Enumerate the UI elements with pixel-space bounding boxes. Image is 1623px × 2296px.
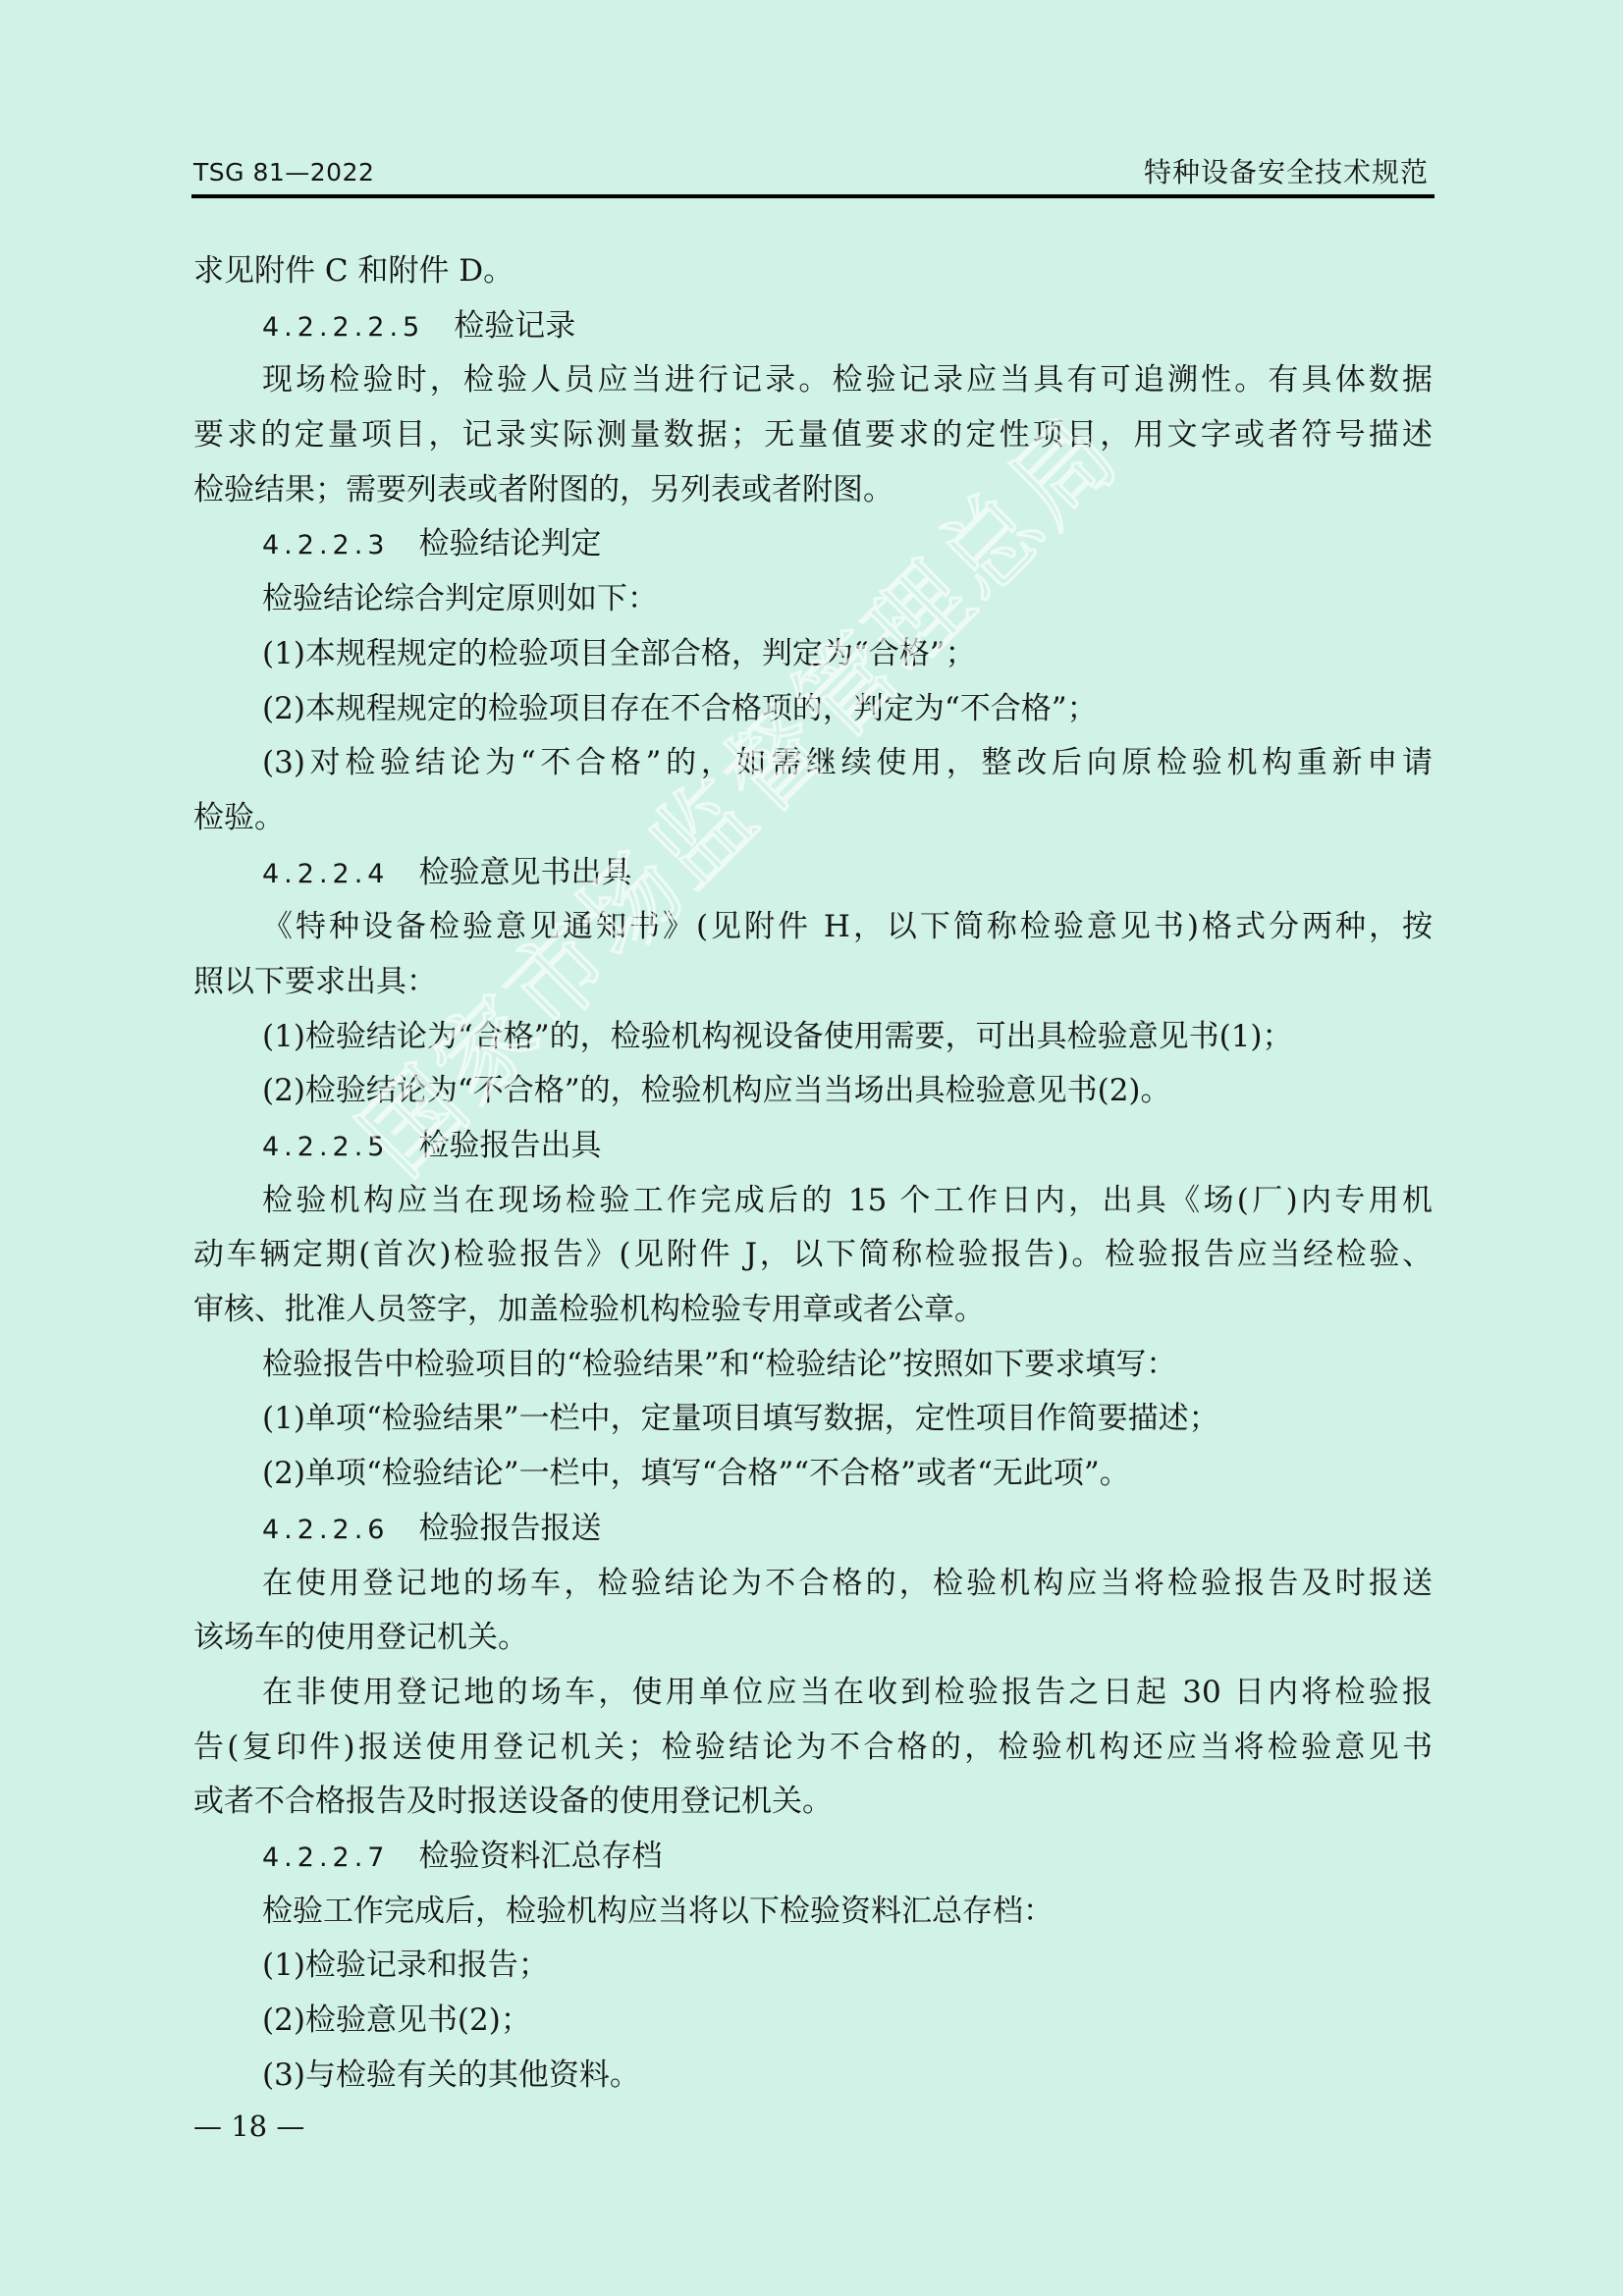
section-title: 检验记录	[454, 308, 575, 344]
section-number: 4.2.2.6	[262, 1515, 389, 1545]
section-number: 4.2.2.4	[262, 859, 389, 889]
section-title: 检验报告报送	[418, 1511, 601, 1546]
list-item: (2)检验结论为“不合格”的，检验机构应当当场出具检验意见书(2)。	[193, 1064, 1433, 1119]
section-title: 检验意见书出具	[418, 855, 631, 890]
document-series: 特种设备安全技术规范	[1144, 154, 1429, 191]
list-item: (3)与检验有关的其他资料。	[193, 2049, 1433, 2104]
list-item: (2)本规程规定的检验项目存在不合格项的，判定为“不合格”；	[193, 682, 1433, 737]
section-heading-4-2-2-6: 4.2.2.6检验报告报送	[193, 1502, 1433, 1557]
section-heading-4-2-2-3: 4.2.2.3检验结论判定	[193, 517, 1433, 572]
page-body: 求见附件 C 和附件 D。 4.2.2.2.5检验记录 现场检验时，检验人员应当…	[193, 244, 1433, 2103]
section-title: 检验资料汇总存档	[418, 1839, 662, 1874]
paragraph-line: 在使用登记地的场车，检验结论为不合格的，检验机构应当将检验报告及时报送	[193, 1557, 1433, 1612]
list-item: (1)检验结论为“合格”的，检验机构视设备使用需要，可出具检验意见书(1)；	[193, 1010, 1433, 1065]
paragraph-line: 动车辆定期(首次)检验报告》(见附件 J，以下简称检验报告)。检验报告应当经检验…	[193, 1228, 1433, 1283]
section-number: 4.2.2.3	[262, 530, 389, 561]
list-item: (1)单项“检验结果”一栏中，定量项目填写数据，定性项目作简要描述；	[193, 1392, 1433, 1447]
section-title: 检验报告出具	[418, 1128, 601, 1163]
paragraph-line: 审核、批准人员签字，加盖检验机构检验专用章或者公章。	[193, 1283, 1433, 1338]
list-item: (3)对检验结论为“不合格”的，如需继续使用，整改后向原检验机构重新申请	[193, 736, 1433, 791]
list-item: (1)检验记录和报告；	[193, 1939, 1433, 1994]
paragraph-line: 检验机构应当在现场检验工作完成后的 15 个工作日内，出具《场(厂)内专用机	[193, 1174, 1433, 1229]
paragraph-line: 在非使用登记地的场车，使用单位应当在收到检验报告之日起 30 日内将检验报	[193, 1666, 1433, 1721]
paragraph-line: 《特种设备检验意见通知书》(见附件 H，以下简称检验意见书)格式分两种，按	[193, 900, 1433, 955]
section-title: 检验结论判定	[418, 526, 601, 561]
section-number: 4.2.2.5	[262, 1132, 389, 1162]
list-item: (2)单项“检验结论”一栏中，填写“合格”“不合格”或者“无此项”。	[193, 1447, 1433, 1502]
paragraph-line: 检验工作完成后，检验机构应当将以下检验资料汇总存档：	[193, 1885, 1433, 1940]
paragraph-line: 该场车的使用登记机关。	[193, 1611, 1433, 1666]
paragraph-line: 现场检验时，检验人员应当进行记录。检验记录应当具有可追溯性。有具体数据	[193, 353, 1433, 408]
page-number: — 18 —	[193, 2107, 304, 2146]
standard-code: TSG 81—2022	[193, 155, 374, 190]
list-item: (2)检验意见书(2)；	[193, 1994, 1433, 2049]
section-heading-4-2-2-7: 4.2.2.7检验资料汇总存档	[193, 1830, 1433, 1885]
body-line: 求见附件 C 和附件 D。	[193, 244, 1433, 299]
paragraph-line: 检验结论综合判定原则如下：	[193, 572, 1433, 627]
section-heading-4-2-2-4: 4.2.2.4检验意见书出具	[193, 846, 1433, 901]
section-number: 4.2.2.2.5	[262, 312, 424, 343]
page-header: TSG 81—2022 特种设备安全技术规范	[191, 155, 1434, 198]
paragraph-line: 检验结果；需要列表或者附图的，另列表或者附图。	[193, 463, 1433, 518]
list-item: (1)本规程规定的检验项目全部合格，判定为“合格”；	[193, 627, 1433, 682]
section-heading-4-2-2-2-5: 4.2.2.2.5检验记录	[193, 299, 1433, 354]
section-heading-4-2-2-5: 4.2.2.5检验报告出具	[193, 1119, 1433, 1174]
list-item-cont: 检验。	[193, 791, 1433, 846]
paragraph-line: 要求的定量项目，记录实际测量数据；无量值要求的定性项目，用文字或者符号描述	[193, 408, 1433, 463]
section-number: 4.2.2.7	[262, 1842, 389, 1873]
paragraph-line: 检验报告中检验项目的“检验结果”和“检验结论”按照如下要求填写：	[193, 1338, 1433, 1393]
paragraph-line: 告(复印件)报送使用登记机关；检验结论为不合格的，检验机构还应当将检验意见书	[193, 1721, 1433, 1776]
paragraph-line: 或者不合格报告及时报送设备的使用登记机关。	[193, 1775, 1433, 1830]
paragraph-line: 照以下要求出具：	[193, 955, 1433, 1010]
